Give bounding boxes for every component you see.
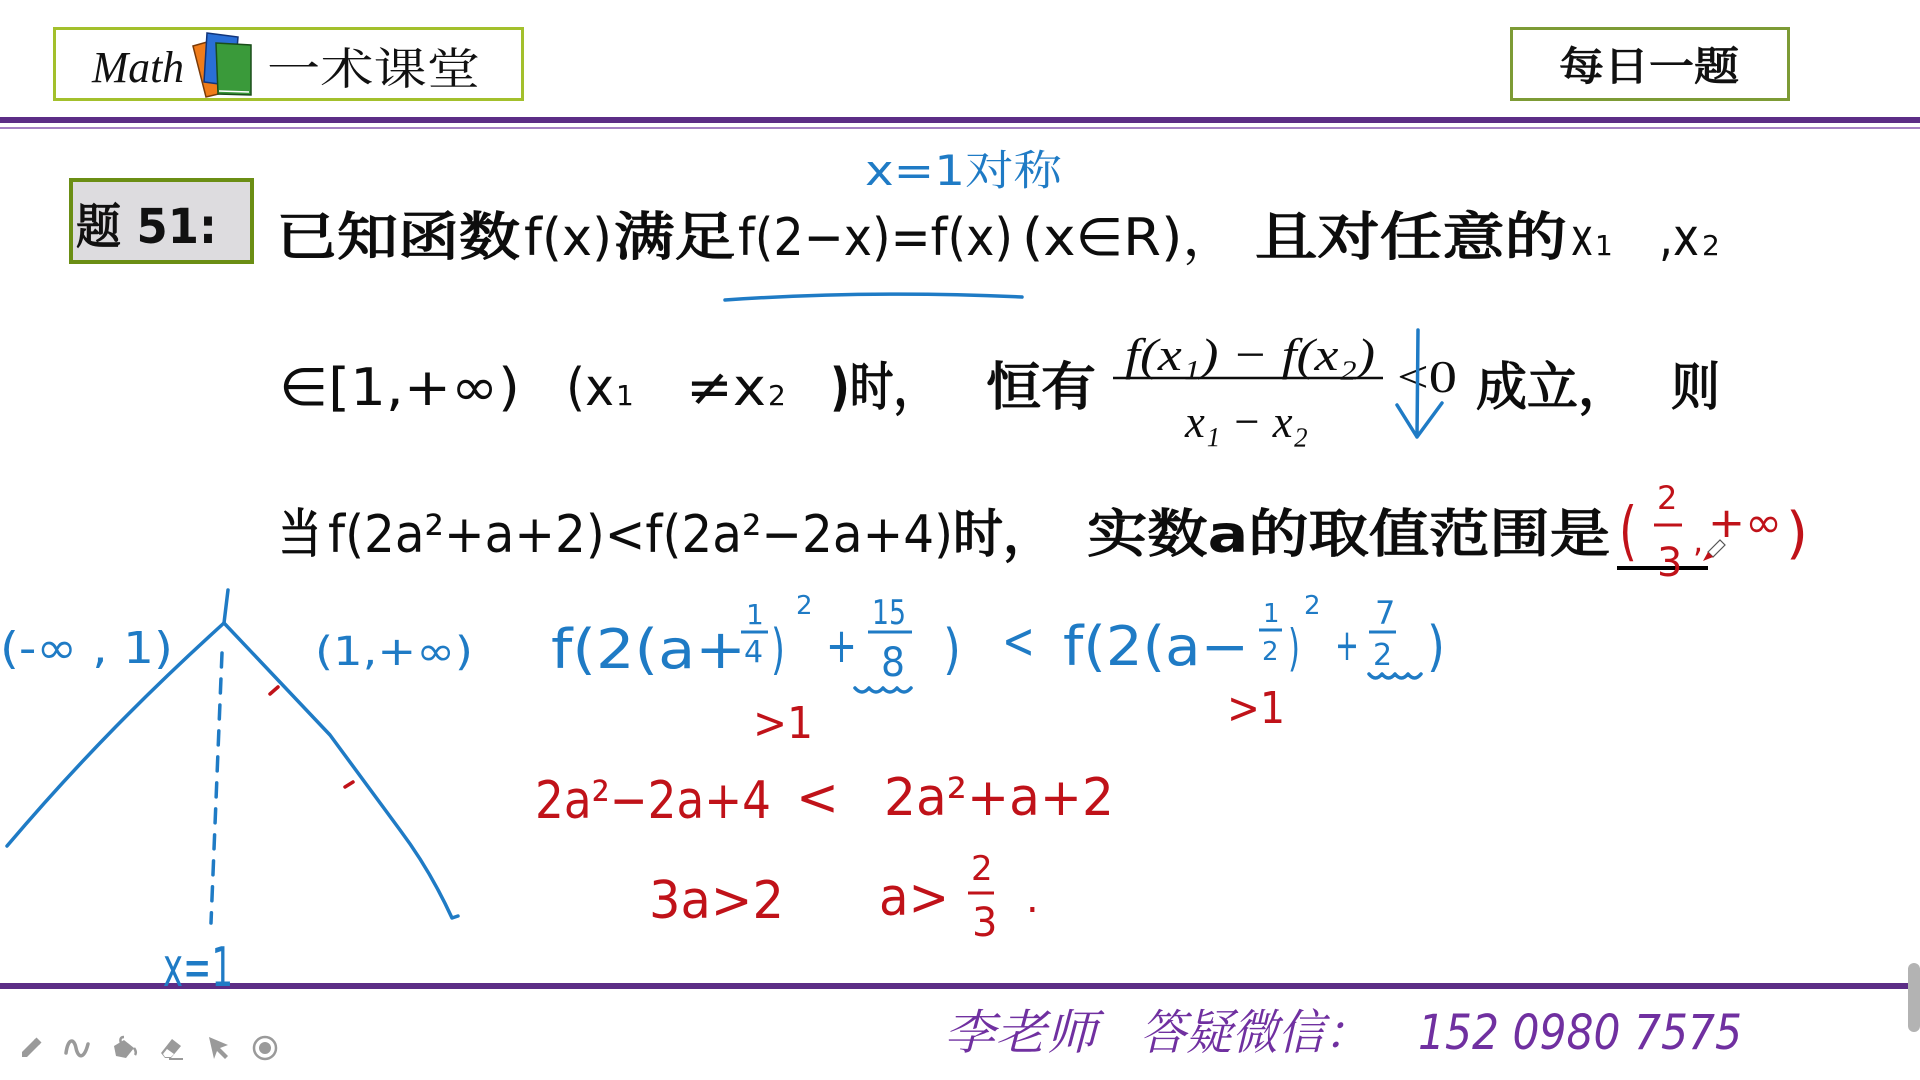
inequality-operator: < <box>796 768 839 828</box>
expr-left-plus: + <box>826 618 857 674</box>
expr-right-square: 2 <box>1304 591 1321 621</box>
problem-math: f(2−x)=f(x) <box>738 208 1013 268</box>
expr-right-frac-num: 1 <box>1263 599 1280 629</box>
logo-chinese-text: 一术课堂 <box>267 44 480 95</box>
record-icon <box>251 1034 279 1062</box>
problem-math: <0 <box>1397 351 1457 402</box>
answer-numerator: 2 <box>1657 479 1677 517</box>
step-frac-den: 3 <box>972 900 997 946</box>
expr-left-const-num: 15 <box>872 593 906 633</box>
problem-math: ∈[1,+∞) <box>279 358 520 418</box>
answer-infinity: +∞ <box>1708 498 1782 547</box>
pen-icon <box>17 1034 45 1062</box>
step-rhs: a> <box>879 868 949 928</box>
fraction-numerator: f(x₁) − f(x₂) <box>1125 329 1375 380</box>
logo-math-text: Math <box>91 43 184 92</box>
expr-right-const-num: 7 <box>1375 594 1395 632</box>
vertical-scrollbar-thumb[interactable] <box>1908 963 1920 1032</box>
logo-box: Math 一术课堂 <box>55 29 523 100</box>
footer-contact: 李老师 答疑微信： 152 0980 7575 <box>944 1005 1742 1061</box>
step-lhs: 3a>2 <box>649 871 784 931</box>
problem-text: 恒有 <box>986 358 1096 418</box>
pointer-icon <box>205 1034 233 1062</box>
record-button[interactable] <box>251 1034 279 1062</box>
wavy-emphasis <box>1369 674 1421 678</box>
expr-right-frac-den: 2 <box>1262 637 1279 667</box>
expr-right-plus: + <box>1335 620 1359 671</box>
problem-line-2: ∈[1,+∞) (x 1 ≠x 2 )时， 恒有 f(x₁) − f(x₂) x… <box>279 329 1720 447</box>
ink-work-steps: >1 >1 2a²−2a+4 < 2a²+a+2 3a>2 a> 2 3 . <box>535 683 1285 946</box>
pen-tool-button[interactable] <box>17 1034 45 1062</box>
step-frac-num: 2 <box>971 849 993 889</box>
teacher-name: 李老师 <box>944 1005 1104 1061</box>
expr-right-end: ) <box>1427 615 1445 678</box>
problem-subscript: 2 <box>768 379 786 412</box>
top-divider-thin <box>0 127 1920 129</box>
contact-phone: 152 0980 7575 <box>1418 1005 1742 1061</box>
problem-text: 实数a的取值范围是 <box>1087 505 1610 565</box>
problem-label: 题 51: <box>71 180 252 262</box>
expr-left-close: ) <box>771 618 785 681</box>
fill-bucket-icon <box>110 1034 138 1062</box>
wavy-emphasis <box>855 688 911 692</box>
problem-text: 成立， <box>1476 358 1629 418</box>
greater-than-one-left: >1 <box>753 698 813 749</box>
expr-left-frac-den: 4 <box>744 635 763 670</box>
greater-than-one-right: >1 <box>1227 683 1285 734</box>
expr-left-frac-num: 1 <box>746 598 764 631</box>
graph-peak-tick <box>224 590 228 623</box>
curve-icon <box>63 1034 91 1062</box>
problem-math: f(x) <box>524 208 612 268</box>
graph-point-mark <box>270 687 278 694</box>
eraser-icon <box>157 1034 185 1062</box>
function-graph-sketch: (-∞ , 1) (1,+∞) x=1 <box>0 590 473 999</box>
answer-comma: , <box>1693 522 1703 560</box>
problem-subscript: 1 <box>1595 229 1613 262</box>
problem-math: (x∈R)， <box>1022 208 1237 268</box>
problem-math: (x <box>566 358 614 418</box>
symmetry-axis-dashed <box>211 653 222 923</box>
curve-tool-button[interactable] <box>63 1034 91 1062</box>
problem-subscript: 1 <box>616 379 634 412</box>
left-interval-label: (-∞ , 1) <box>0 623 173 674</box>
bottom-divider <box>0 983 1920 989</box>
inequality-right: 2a²+a+2 <box>884 768 1114 828</box>
graph-point-mark <box>345 782 353 787</box>
expr-left-const-den: 8 <box>881 640 905 686</box>
problem-line-1: 已知函数 f(x) 满足 f(2−x)=f(x) (x∈R)， 且对任意的 x … <box>276 208 1720 268</box>
fraction-denominator: x₁ − x₂ <box>1184 396 1308 447</box>
badge-text: 每日一题 <box>1559 44 1739 90</box>
expr-right-close: ) <box>1288 619 1300 677</box>
ink-work-expression: f(2(a+ 1 4 ) 2 + 15 8 ) < f(2(a− 1 2 ) 2… <box>551 591 1445 692</box>
problem-math: ,x <box>1659 208 1699 268</box>
expr-left-head: f(2(a+ <box>551 618 746 681</box>
answer-open-paren: ( <box>1619 495 1637 569</box>
top-divider-thick <box>0 117 1920 123</box>
ink-underline <box>725 294 1022 300</box>
step-period: . <box>1026 876 1039 922</box>
problem-line-3: 当 f(2a²+a+2)<f(2a²−2a+4) 时， 实数a的取值范围是 <box>279 505 1708 568</box>
expr-left-square: 2 <box>796 591 813 621</box>
slide-canvas: Math 一术课堂 每日一题 题 51: 已知函数 f(x) 满足 f(2−x)… <box>0 0 1920 1080</box>
problem-text: 时， <box>953 505 1053 565</box>
problem-text: 且对任意的 <box>1255 208 1567 268</box>
pointer-tool-button[interactable] <box>205 1034 233 1062</box>
problem-text: 当 <box>279 505 321 565</box>
problem-text: 已知函数 <box>276 208 520 268</box>
symmetry-note: x=1对称 <box>865 146 1063 195</box>
expr-right-head: f(2(a− <box>1063 615 1249 678</box>
problem-math: f(2a²+a+2)<f(2a²−2a+4) <box>328 505 953 565</box>
problem-text: )时， <box>830 358 937 418</box>
problem-math: ≠x <box>686 358 766 418</box>
problem-subscript: 2 <box>1702 229 1720 262</box>
answer-close-paren: ) <box>1786 501 1808 566</box>
difference-quotient-fraction: f(x₁) − f(x₂) x₁ − x₂ <box>1113 329 1383 447</box>
expr-less-than: < <box>1002 612 1035 670</box>
fill-tool-button[interactable] <box>110 1034 138 1062</box>
problem-text: 则 <box>1671 358 1720 418</box>
contact-label: 答疑微信： <box>1140 1005 1370 1061</box>
inequality-left: 2a²−2a+4 <box>535 771 771 831</box>
axis-label: x=1 <box>163 936 233 999</box>
problem-number: 题 51: <box>76 199 217 255</box>
expr-right-const-den: 2 <box>1373 638 1392 673</box>
daily-problem-badge: 每日一题 <box>1512 29 1789 100</box>
eraser-tool-button[interactable] <box>157 1034 185 1062</box>
right-interval-label: (1,+∞) <box>315 629 473 675</box>
problem-math: x <box>1571 208 1593 268</box>
answer-denominator: 3 <box>1657 540 1682 586</box>
problem-text: 满足 <box>614 208 735 268</box>
expr-left-end: ) <box>943 618 961 681</box>
